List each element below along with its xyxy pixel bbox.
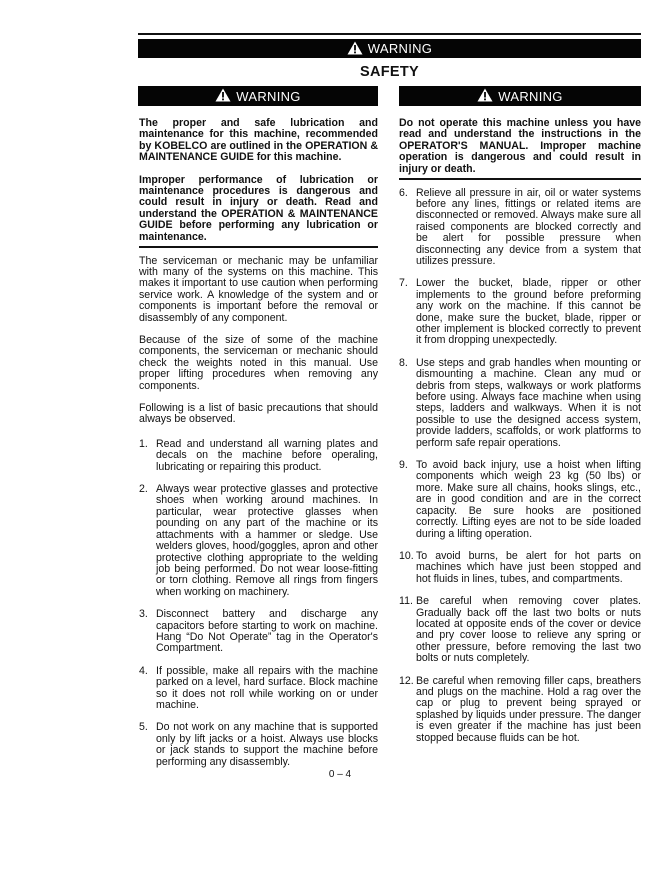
page-number: 0 – 4 [300, 769, 380, 780]
precaution-item: 12. Be careful when removing filler caps… [399, 676, 641, 744]
item-text: To avoid back injury, use a hoist when l… [416, 460, 641, 540]
item-text: Always wear protective glasses and prote… [156, 484, 378, 598]
warning-banner-right-label: WARNING [498, 89, 562, 104]
precaution-item: 2. Always wear protective glasses and pr… [139, 484, 378, 598]
warning-banner-left-label: WARNING [236, 89, 300, 104]
manual-page: WARNING SAFETY WARNING WARNING The prope… [0, 0, 663, 881]
warning-text-improper-performance: Improper performance of lubrication or m… [139, 175, 378, 243]
precaution-item: 6. Relieve all pressure in air, oil or w… [399, 188, 641, 268]
left-column: The proper and safe lubrication and main… [139, 118, 378, 779]
item-text: Do not work on any machine that is suppo… [156, 722, 378, 768]
item-text: To avoid burns, be alert for hot parts o… [416, 551, 641, 585]
warning-banner-left: WARNING [138, 86, 378, 106]
warning-triangle-icon [347, 41, 363, 55]
item-text: Relieve all pressure in air, oil or wate… [416, 188, 641, 268]
item-number: 3. [139, 609, 156, 655]
item-number: 11. [399, 596, 416, 664]
precaution-item: 11. Be careful when removing cover plate… [399, 596, 641, 664]
warning-text-lubrication: The proper and safe lubrication and main… [139, 118, 378, 164]
precaution-item: 9. To avoid back injury, use a hoist whe… [399, 460, 641, 540]
item-text: Use steps and grab handles when mounting… [416, 358, 641, 449]
item-number: 8. [399, 358, 416, 449]
precaution-item: 8. Use steps and grab handles when mount… [399, 358, 641, 449]
item-text: Be careful when removing filler caps, br… [416, 676, 641, 744]
item-number: 4. [139, 666, 156, 712]
warning-triangle-icon [215, 88, 231, 102]
item-number: 10. [399, 551, 416, 585]
warning-divider-left [139, 246, 378, 248]
right-column: Do not operate this machine unless you h… [399, 118, 641, 755]
item-number: 12. [399, 676, 416, 744]
intro-paragraph: The serviceman or mechanic may be unfami… [139, 256, 378, 324]
item-number: 9. [399, 460, 416, 540]
item-number: 7. [399, 278, 416, 346]
item-text: Be careful when removing cover plates. G… [416, 596, 641, 664]
warning-divider-right [399, 178, 641, 180]
precaution-item: 4. If possible, make all repairs with th… [139, 666, 378, 712]
precaution-item: 10. To avoid burns, be alert for hot par… [399, 551, 641, 585]
item-number: 1. [139, 439, 156, 473]
warning-banner-right: WARNING [399, 86, 641, 106]
warning-triangle-icon [477, 88, 493, 102]
item-text: If possible, make all repairs with the m… [156, 666, 378, 712]
item-text: Lower the bucket, blade, ripper or other… [416, 278, 641, 346]
warning-text-operators-manual: Do not operate this machine unless you h… [399, 118, 641, 175]
weights-paragraph: Because of the size of some of the machi… [139, 335, 378, 392]
item-text: Disconnect battery and discharge any cap… [156, 609, 378, 655]
page-title: SAFETY [138, 64, 641, 80]
precaution-item: 5. Do not work on any machine that is su… [139, 722, 378, 768]
warning-banner-top: WARNING [138, 39, 641, 58]
precaution-item: 3. Disconnect battery and discharge any … [139, 609, 378, 655]
item-number: 2. [139, 484, 156, 598]
precaution-item: 7. Lower the bucket, blade, ripper or ot… [399, 278, 641, 346]
item-text: Read and understand all warning plates a… [156, 439, 378, 473]
precautions-intro: Following is a list of basic precautions… [139, 403, 378, 426]
top-rule [138, 33, 641, 35]
item-number: 6. [399, 188, 416, 268]
precaution-item: 1. Read and understand all warning plate… [139, 439, 378, 473]
warning-banner-top-label: WARNING [368, 41, 432, 56]
item-number: 5. [139, 722, 156, 768]
